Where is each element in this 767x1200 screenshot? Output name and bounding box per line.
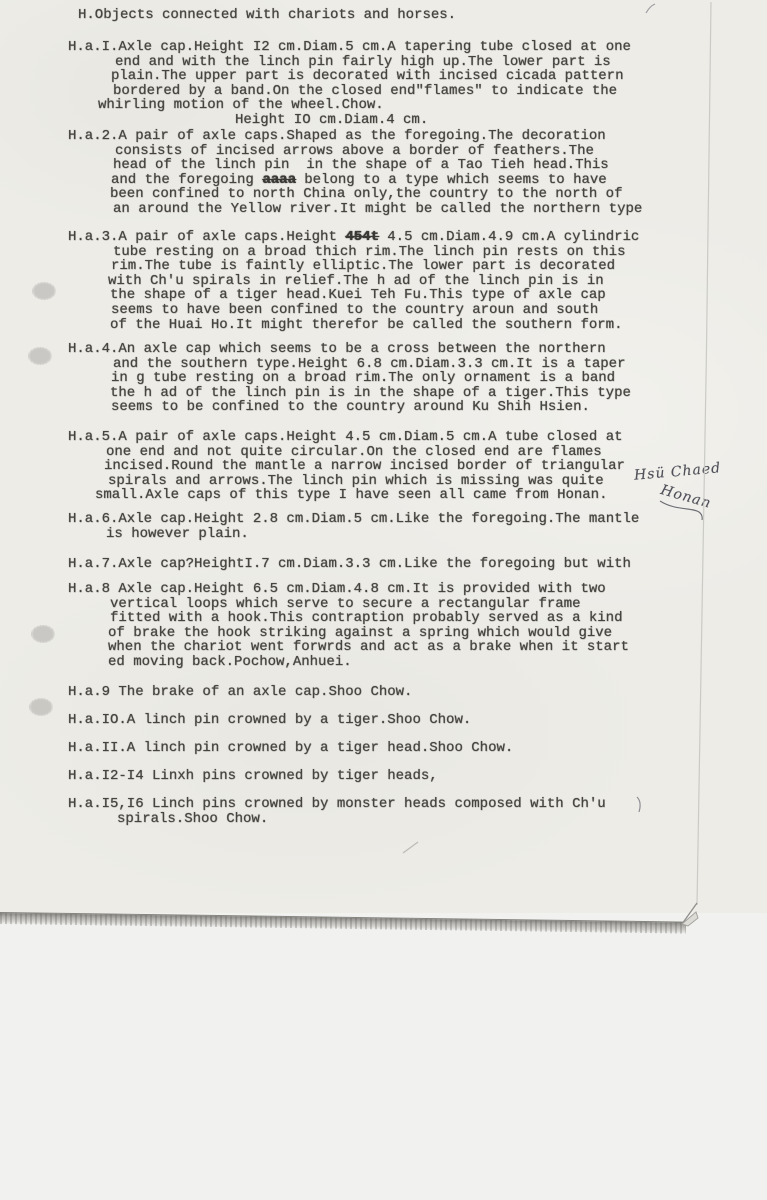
- typescript-line: H.a.3.A pair of axle caps.Height 454t 4.…: [68, 230, 767, 245]
- typescript-line: and the southern type.Height 6.8 cm.Diam…: [68, 357, 767, 372]
- typescript-line: ed moving back.Pochow,Anhuei.: [68, 655, 767, 670]
- typescript-line: is however plain.: [68, 527, 767, 542]
- typescript-line: H.a.I5,I6 Linch pins crowned by monster …: [68, 797, 767, 812]
- typescript-line: in g tube resting on a broad rim.The onl…: [68, 371, 767, 386]
- catalog-entry: H.a.I5,I6 Linch pins crowned by monster …: [68, 797, 767, 826]
- typescript-line: seems to be confined to the country arou…: [68, 400, 767, 415]
- typescript-line: of the Huai Ho.It might therefor be call…: [68, 318, 767, 333]
- typescript-line: H.a.4.An axle cap which seems to be a cr…: [68, 342, 767, 357]
- punch-hole-smudge: [29, 698, 53, 716]
- catalog-entry: H.a.I2-I4 Linxh pins crowned by tiger he…: [68, 769, 767, 784]
- typescript-line: vertical loops which serve to secure a r…: [68, 597, 767, 612]
- typescript-line: rim.The tube is faintly elliptic.The low…: [68, 259, 767, 274]
- typescript-line: H.a.6.Axle cap.Height 2.8 cm.Diam.5 cm.L…: [68, 512, 767, 527]
- typescript-line: H.a.I.Axle cap.Height I2 cm.Diam.5 cm.A …: [68, 40, 767, 55]
- typescript-line: H.a.9 The brake of an axle cap.Shoo Chow…: [68, 685, 767, 700]
- catalog-entry: H.a.2.A pair of axle caps.Shaped as the …: [68, 129, 767, 217]
- typescript-line: consists of incised arrows above a borde…: [68, 144, 767, 159]
- typescript-line: whirling motion of the wheel.Chow.: [68, 98, 767, 113]
- typescript-line: Height IO cm.Diam.4 cm.: [68, 113, 767, 128]
- typescript-line: H.a.IO.A linch pin crowned by a tiger.Sh…: [68, 713, 767, 728]
- catalog-entry: H.a.I.Axle cap.Height I2 cm.Diam.5 cm.A …: [68, 40, 767, 128]
- catalog-entry: H.a.9 The brake of an axle cap.Shoo Chow…: [68, 685, 767, 700]
- scanned-document-screenshot: { "page": { "background_color": "#f1f1f0…: [0, 0, 767, 1200]
- punch-hole-smudge: [31, 625, 55, 643]
- punch-hole-smudge: [32, 282, 56, 300]
- typescript-line: spirals.Shoo Chow.: [68, 812, 767, 827]
- catalog-entry: H.a.3.A pair of axle caps.Height 454t 4.…: [68, 230, 767, 332]
- typescript-line: H.a.7.Axle cap?HeightI.7 cm.Diam.3.3 cm.…: [68, 557, 767, 572]
- typescript-line: plain.The upper part is decorated with i…: [68, 69, 767, 84]
- struck-text: 454t: [345, 229, 379, 245]
- paper-bottom-edge: [0, 912, 686, 934]
- catalog-entry: H.a.8 Axle cap.Height 6.5 cm.Diam.4.8 cm…: [68, 582, 767, 670]
- typescript-line: an around the Yellow river.It might be c…: [68, 202, 767, 217]
- typescript-line: one end and not quite circular.On the cl…: [68, 445, 767, 460]
- typescript-line: tube resting on a broad thich rim.The li…: [68, 245, 767, 260]
- typescript-line: the shape of a tiger head.Kuei Teh Fu.Th…: [68, 288, 767, 303]
- typescript-line: when the chariot went forwrds and act as…: [68, 640, 767, 655]
- catalog-entry: H.a.IO.A linch pin crowned by a tiger.Sh…: [68, 713, 767, 728]
- typescript-line: end and with the linch pin fairly high u…: [68, 55, 767, 70]
- typescript-line: been confined to north China only,the co…: [68, 187, 767, 202]
- typescript-line: H.a.2.A pair of axle caps.Shaped as the …: [68, 129, 767, 144]
- typescript-line: H.a.II.A linch pin crowned by a tiger he…: [68, 741, 767, 756]
- catalog-entry: H.a.7.Axle cap?HeightI.7 cm.Diam.3.3 cm.…: [68, 557, 767, 572]
- typescript-line: H.a.5.A pair of axle caps.Height 4.5 cm.…: [68, 430, 767, 445]
- typescript-line: fitted with a hook.This contraption prob…: [68, 611, 767, 626]
- catalog-entry: H.a.4.An axle cap which seems to be a cr…: [68, 342, 767, 415]
- typescript-line: H.a.I2-I4 Linxh pins crowned by tiger he…: [68, 769, 767, 784]
- punch-hole-smudge: [28, 347, 52, 365]
- document-heading: H.Objects connected with chariots and ho…: [78, 7, 456, 23]
- typescript-line: head of the linch pin in the shape of a …: [68, 158, 767, 173]
- catalog-entry: H.a.6.Axle cap.Height 2.8 cm.Diam.5 cm.L…: [68, 512, 767, 541]
- catalog-entry: H.a.II.A linch pin crowned by a tiger he…: [68, 741, 767, 756]
- typescript-line: H.a.8 Axle cap.Height 6.5 cm.Diam.4.8 cm…: [68, 582, 767, 597]
- typescript-line: seems to have been confined to the count…: [68, 303, 767, 318]
- paper-sheet: H.Objects connected with chariots and ho…: [0, 0, 767, 913]
